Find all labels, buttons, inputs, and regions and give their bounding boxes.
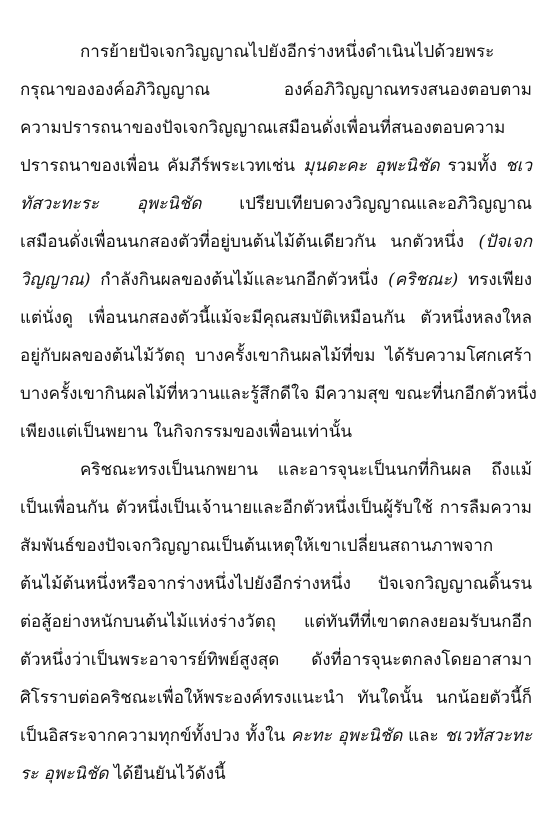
text-run: เป็นเพื่อนกัน ตัวหนึ่งเป็นเจ้านายและอีกต… [20, 498, 532, 518]
text-run: เพียงแต่เป็นพยาน ในกิจกรรมของเพื่อนเท่าน… [20, 422, 352, 442]
text-line: สัมพันธ์ของปัจเจกวิญญาณเป็นต้นเหตุให้เขา… [20, 527, 532, 565]
text-run: กรุณาขององค์อภิวิญญาณ [20, 80, 210, 100]
text-line: แต่นั่งดู เพื่อนนกสองตัวนี้แม้จะมีคุณสมบ… [20, 299, 532, 337]
text-run: อยู่กับผลของต้นไม้วัตถุ บางครั้งเขากินผล… [20, 346, 532, 366]
text-line: บางครั้งเขากินผลไม้ที่หวานและรู้สึกดีใจ … [20, 375, 532, 413]
text-line: เสมือนดั่งเพื่อนนกสองตัวที่อยู่บนต้นไม้ต… [20, 223, 532, 261]
text-run: ทรงเพียง [458, 270, 532, 290]
text-line: อยู่กับผลของต้นไม้วัตถุ บางครั้งเขากินผล… [20, 337, 532, 375]
text-run: การย้ายปัจเจกวิญญาณไปยังอีกร่างหนึ่งดำเน… [80, 42, 494, 62]
italic-term: ชเวทัสวะทะ [445, 726, 533, 746]
text-line: เพียงแต่เป็นพยาน ในกิจกรรมของเพื่อนเท่าน… [20, 413, 532, 451]
text-run: และ [402, 726, 444, 746]
text-line: การย้ายปัจเจกวิญญาณไปยังอีกร่างหนึ่งดำเน… [20, 33, 532, 71]
text-line: เป็นอิสระจากความทุกข์ทั้งปวง ทั้งใน คะทะ… [20, 717, 532, 755]
text-run: เป็นอิสระจากความทุกข์ทั้งปวง ทั้งใน [20, 726, 291, 746]
text-run: ปรารถนาของเพื่อน คัมภีร์พระเวทเช่น [20, 156, 303, 176]
text-line: กรุณาขององค์อภิวิญญาณ องค์อภิวิญญาณทรงสน… [20, 71, 532, 109]
italic-term: ชเว [505, 156, 532, 176]
text-line: ปรารถนาของเพื่อน คัมภีร์พระเวทเช่น มุนดะ… [20, 147, 532, 185]
text-run: บางครั้งเขากินผลไม้ที่หวานและรู้สึกดีใจ … [20, 384, 537, 404]
italic-term: อุพะนิชัด [137, 194, 202, 214]
italic-term: วิญญาณ) [20, 270, 90, 290]
text-line: ศิโรราบต่อคริชณะเพื่อให้พระองค์ทรงแนะนำ … [20, 679, 532, 717]
body-text: การย้ายปัจเจกวิญญาณไปยังอีกร่างหนึ่งดำเน… [20, 33, 532, 793]
text-run: ต่อสู้อย่างหนักบนต้นไม้แห่งร่างวัตถุ แต่… [20, 612, 532, 632]
text-run: เปรียบเทียบดวงวิญญาณและอภิวิญญาณ [239, 194, 532, 214]
document-page: การย้ายปัจเจกวิญญาณไปยังอีกร่างหนึ่งดำเน… [20, 33, 532, 793]
text-run: รวมทั้ง [440, 156, 506, 176]
text-run: คริชณะทรงเป็นนกพยาน และอารจุนะเป็นนกที่ก… [80, 460, 532, 480]
text-run: กำลังกินผลของต้นไม้และนกอีกตัวหนึ่ง [90, 270, 388, 290]
text-run: ต้นไม้ต้นหนึ่งหรือจากร่างหนึ่งไปยังอีกร่… [20, 574, 532, 594]
text-run: สัมพันธ์ของปัจเจกวิญญาณเป็นต้นเหตุให้เขา… [20, 536, 493, 556]
paragraph: การย้ายปัจเจกวิญญาณไปยังอีกร่างหนึ่งดำเน… [20, 33, 532, 451]
text-run [201, 194, 239, 214]
text-run: ศิโรราบต่อคริชณะเพื่อให้พระองค์ทรงแนะนำ … [20, 688, 532, 708]
text-line: ต้นไม้ต้นหนึ่งหรือจากร่างหนึ่งไปยังอีกร่… [20, 565, 532, 603]
italic-term: (คริชณะ) [388, 270, 458, 290]
text-line: ต่อสู้อย่างหนักบนต้นไม้แห่งร่างวัตถุ แต่… [20, 603, 532, 641]
italic-term: ระ อุพะนิชัด [20, 764, 108, 784]
text-line: ความปรารถนาของปัจเจกวิญญาณเสมือนดั่งเพื่… [20, 109, 532, 147]
paragraph: คริชณะทรงเป็นนกพยาน และอารจุนะเป็นนกที่ก… [20, 451, 532, 793]
text-line: คริชณะทรงเป็นนกพยาน และอารจุนะเป็นนกที่ก… [20, 451, 532, 489]
italic-term: คะทะ อุพะนิชัด [291, 726, 402, 746]
text-run: เสมือนดั่งเพื่อนนกสองตัวที่อยู่บนต้นไม้ต… [20, 232, 479, 252]
text-line: ระ อุพะนิชัด ได้ยืนยันไว้ดังนี้ [20, 755, 532, 793]
text-line: ทัสวะทะระ อุพะนิชัด เปรียบเทียบดวงวิญญาณ… [20, 185, 532, 223]
text-run: แต่นั่งดู เพื่อนนกสองตัวนี้แม้จะมีคุณสมบ… [20, 308, 532, 328]
italic-term: ทัสวะทะระ [20, 194, 99, 214]
text-run: องค์อภิวิญญาณทรงสนองตอบตาม [284, 80, 532, 100]
text-line: ตัวหนึ่งว่าเป็นพระอาจารย์ทิพย์สูงสุด ดัง… [20, 641, 532, 679]
text-run [210, 80, 284, 100]
text-run [99, 194, 137, 214]
text-line: เป็นเพื่อนกัน ตัวหนึ่งเป็นเจ้านายและอีกต… [20, 489, 532, 527]
text-line: วิญญาณ) กำลังกินผลของต้นไม้และนกอีกตัวหน… [20, 261, 532, 299]
text-run: ตัวหนึ่งว่าเป็นพระอาจารย์ทิพย์สูงสุด ดัง… [20, 650, 532, 670]
text-run: ความปรารถนาของปัจเจกวิญญาณเสมือนดั่งเพื่… [20, 118, 505, 138]
italic-term: (ปัจเจก [479, 232, 532, 252]
text-run: ได้ยืนยันไว้ดังนี้ [108, 764, 225, 784]
italic-term: มุนดะคะ อุพะนิชัด [303, 156, 439, 176]
